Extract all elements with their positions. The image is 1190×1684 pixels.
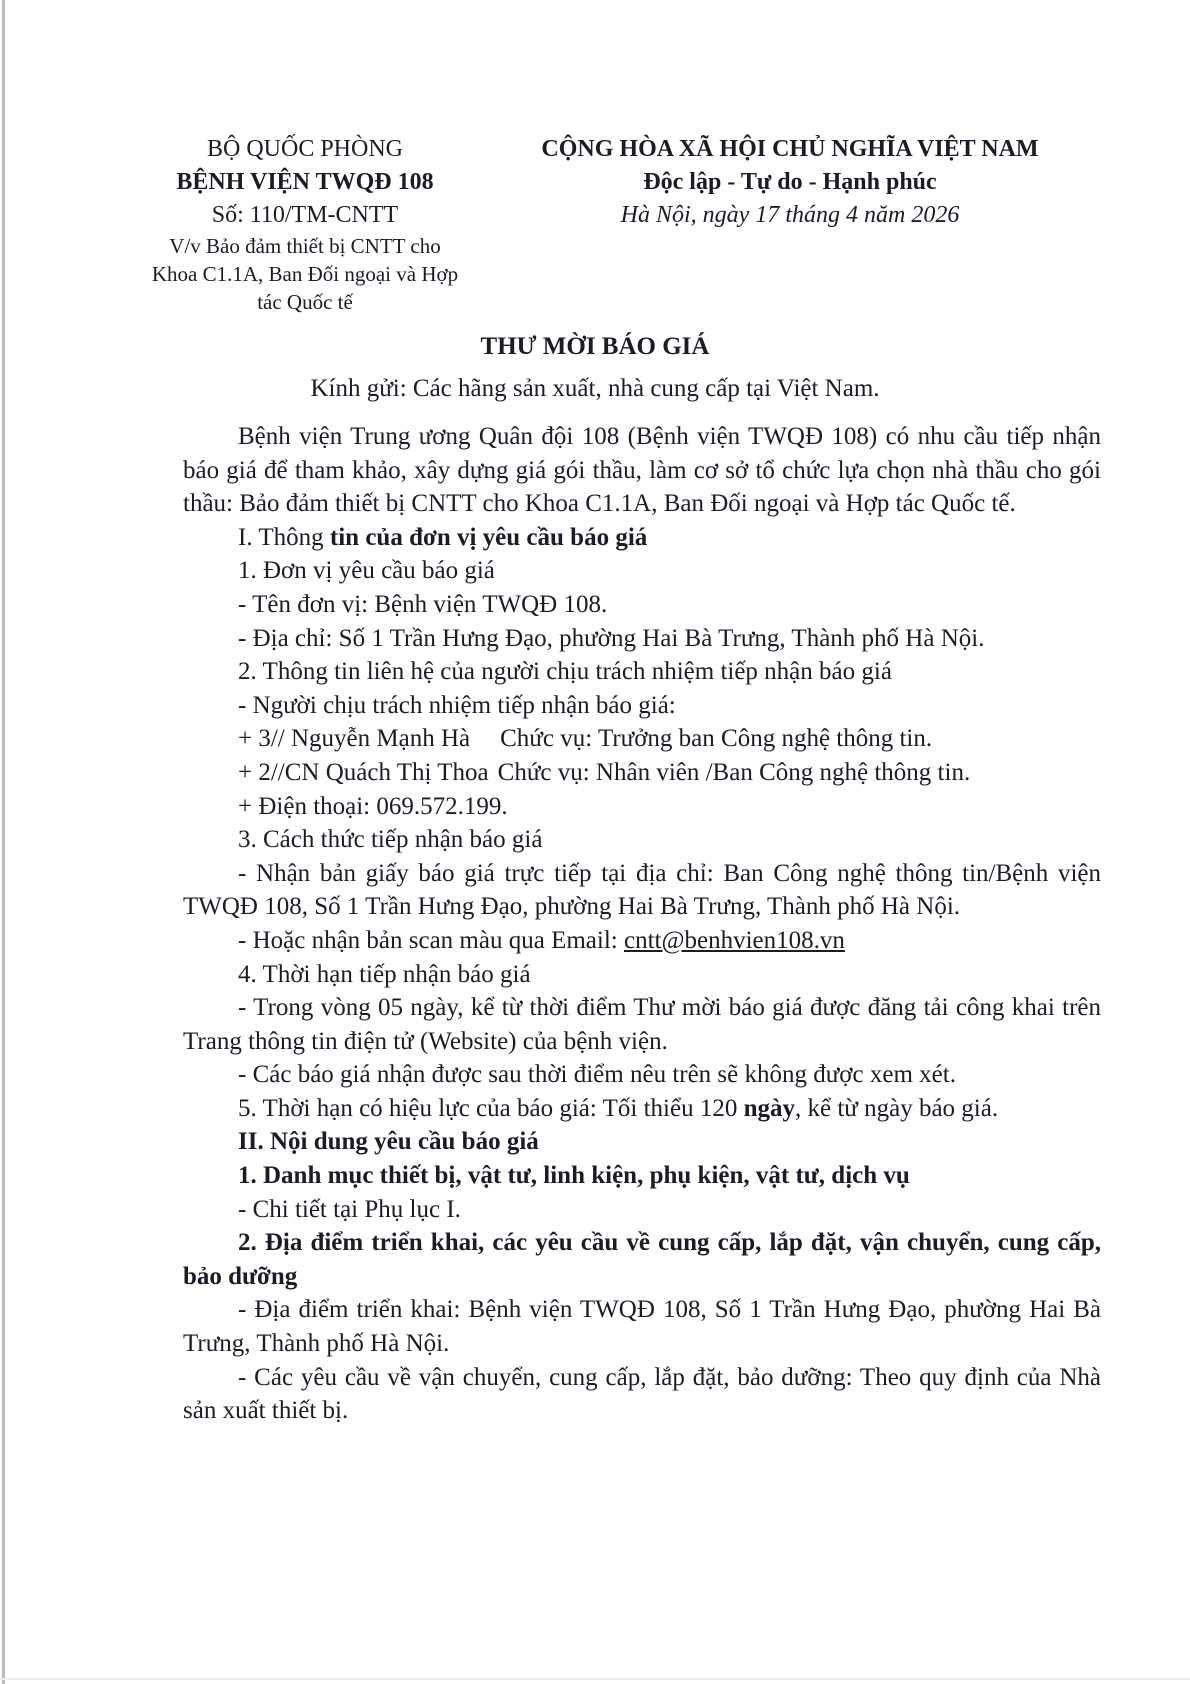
receive-paper-line: - Nhận bản giấy báo giá trực tiếp tại đị… (183, 857, 1101, 924)
unit-name-line: - Tên đơn vị: Bệnh viện TWQĐ 108. (183, 588, 1101, 622)
heading-bold-part: tin của đơn vị yêu cầu báo giá (330, 524, 647, 551)
item-4-title: 4. Thời hạn tiếp nhận báo giá (183, 958, 1101, 992)
item-5-line: 5. Thời hạn có hiệu lực của báo giá: Tối… (183, 1092, 1101, 1126)
document-subject: V/v Bảo đảm thiết bị CNTT cho Khoa C1.1A… (150, 232, 460, 316)
contact-position: Chức vụ: Nhân viên /Ban Công nghệ thông … (498, 759, 971, 786)
item-5-suffix: , kể từ ngày báo giá. (795, 1095, 998, 1122)
deadline-line: - Trong vòng 05 ngày, kể từ thời điểm Th… (183, 991, 1101, 1058)
section-2-heading: II. Nội dung yêu cầu báo giá (183, 1125, 1101, 1159)
email-prefix: - Hoặc nhận bản scan màu qua Email: (238, 927, 624, 954)
item-1-title: 1. Đơn vị yêu cầu báo giá (183, 554, 1101, 588)
contact-position: Chức vụ: Trưởng ban Công nghệ thông tin. (500, 725, 932, 752)
recipient-line: Kính gửi: Các hãng sản xuất, nhà cung cấ… (0, 372, 1190, 405)
subject-line: tác Quốc tế (150, 288, 460, 316)
heading-plain-part: I. Thông (238, 524, 330, 551)
section-1-heading: I. Thông tin của đơn vị yêu cầu báo giá (183, 521, 1101, 555)
section-2-item-1-title: 1. Danh mục thiết bị, vật tư, linh kiện,… (183, 1159, 1101, 1193)
national-motto: Độc lập - Tự do - Hạnh phúc (540, 166, 1040, 199)
contact-row: + 3// Nguyễn Mạnh HàChức vụ: Trưởng ban … (183, 722, 1101, 756)
nation-name: CỘNG HÒA XÃ HỘI CHỦ NGHĨA VIỆT NAM (540, 133, 1040, 166)
document-body: Bệnh viện Trung ương Quân đội 108 (Bệnh … (183, 420, 1101, 1428)
requirements-line: - Các yêu cầu về vận chuyển, cung cấp, l… (183, 1361, 1101, 1428)
national-header: CỘNG HÒA XÃ HỘI CHỦ NGHĨA VIỆT NAM Độc l… (540, 133, 1040, 232)
contact-name: + 2//CN Quách Thị Thoa (238, 759, 489, 786)
unit-name: BỆNH VIỆN TWQĐ 108 (150, 166, 460, 199)
place-date: Hà Nội, ngày 17 tháng 4 năm 2026 (540, 199, 1040, 232)
item-5-prefix: 5. Thời hạn có hiệu lực của báo giá: Tối… (238, 1095, 744, 1122)
document-title: THƯ MỜI BÁO GIÁ (0, 330, 1190, 363)
item-3-title: 3. Cách thức tiếp nhận báo giá (183, 823, 1101, 857)
location-line: - Địa điểm triển khai: Bệnh viện TWQĐ 10… (183, 1293, 1101, 1360)
subject-line: Khoa C1.1A, Ban Đối ngoại và Hợp (150, 260, 460, 288)
contact-name: + 3// Nguyễn Mạnh Hà (238, 725, 470, 752)
ministry-name: BỘ QUỐC PHÒNG (150, 133, 460, 166)
item-2-title: 2. Thông tin liên hệ của người chịu trác… (183, 655, 1101, 689)
section-2-item-2-title: 2. Địa điểm triển khai, các yêu cầu về c… (183, 1226, 1101, 1293)
address-line: - Địa chỉ: Số 1 Trần Hưng Đạo, phường Ha… (183, 622, 1101, 656)
scan-edge-left (2, 0, 5, 1684)
contact-row: + 2//CN Quách Thị ThoaChức vụ: Nhân viên… (183, 756, 1101, 790)
email-link[interactable]: cntt@benhvien108.vn (624, 927, 845, 954)
section-2-item-1-detail: - Chi tiết tại Phụ lục I. (183, 1193, 1101, 1227)
intro-paragraph: Bệnh viện Trung ương Quân đội 108 (Bệnh … (183, 420, 1101, 521)
receive-email-line: - Hoặc nhận bản scan màu qua Email: cntt… (183, 924, 1101, 958)
responsible-label: - Người chịu trách nhiệm tiếp nhận báo g… (183, 689, 1101, 723)
item-5-bold: ngày (744, 1095, 795, 1122)
late-note-line: - Các báo giá nhận được sau thời điểm nê… (183, 1058, 1101, 1092)
scan-edge-bottom (0, 1678, 1190, 1680)
issuer-block: BỘ QUỐC PHÒNG BỆNH VIỆN TWQĐ 108 Số: 110… (150, 133, 460, 316)
phone-line: + Điện thoại: 069.572.199. (183, 790, 1101, 824)
document-number: Số: 110/TM-CNTT (150, 199, 460, 232)
subject-line: V/v Bảo đảm thiết bị CNTT cho (150, 232, 460, 260)
